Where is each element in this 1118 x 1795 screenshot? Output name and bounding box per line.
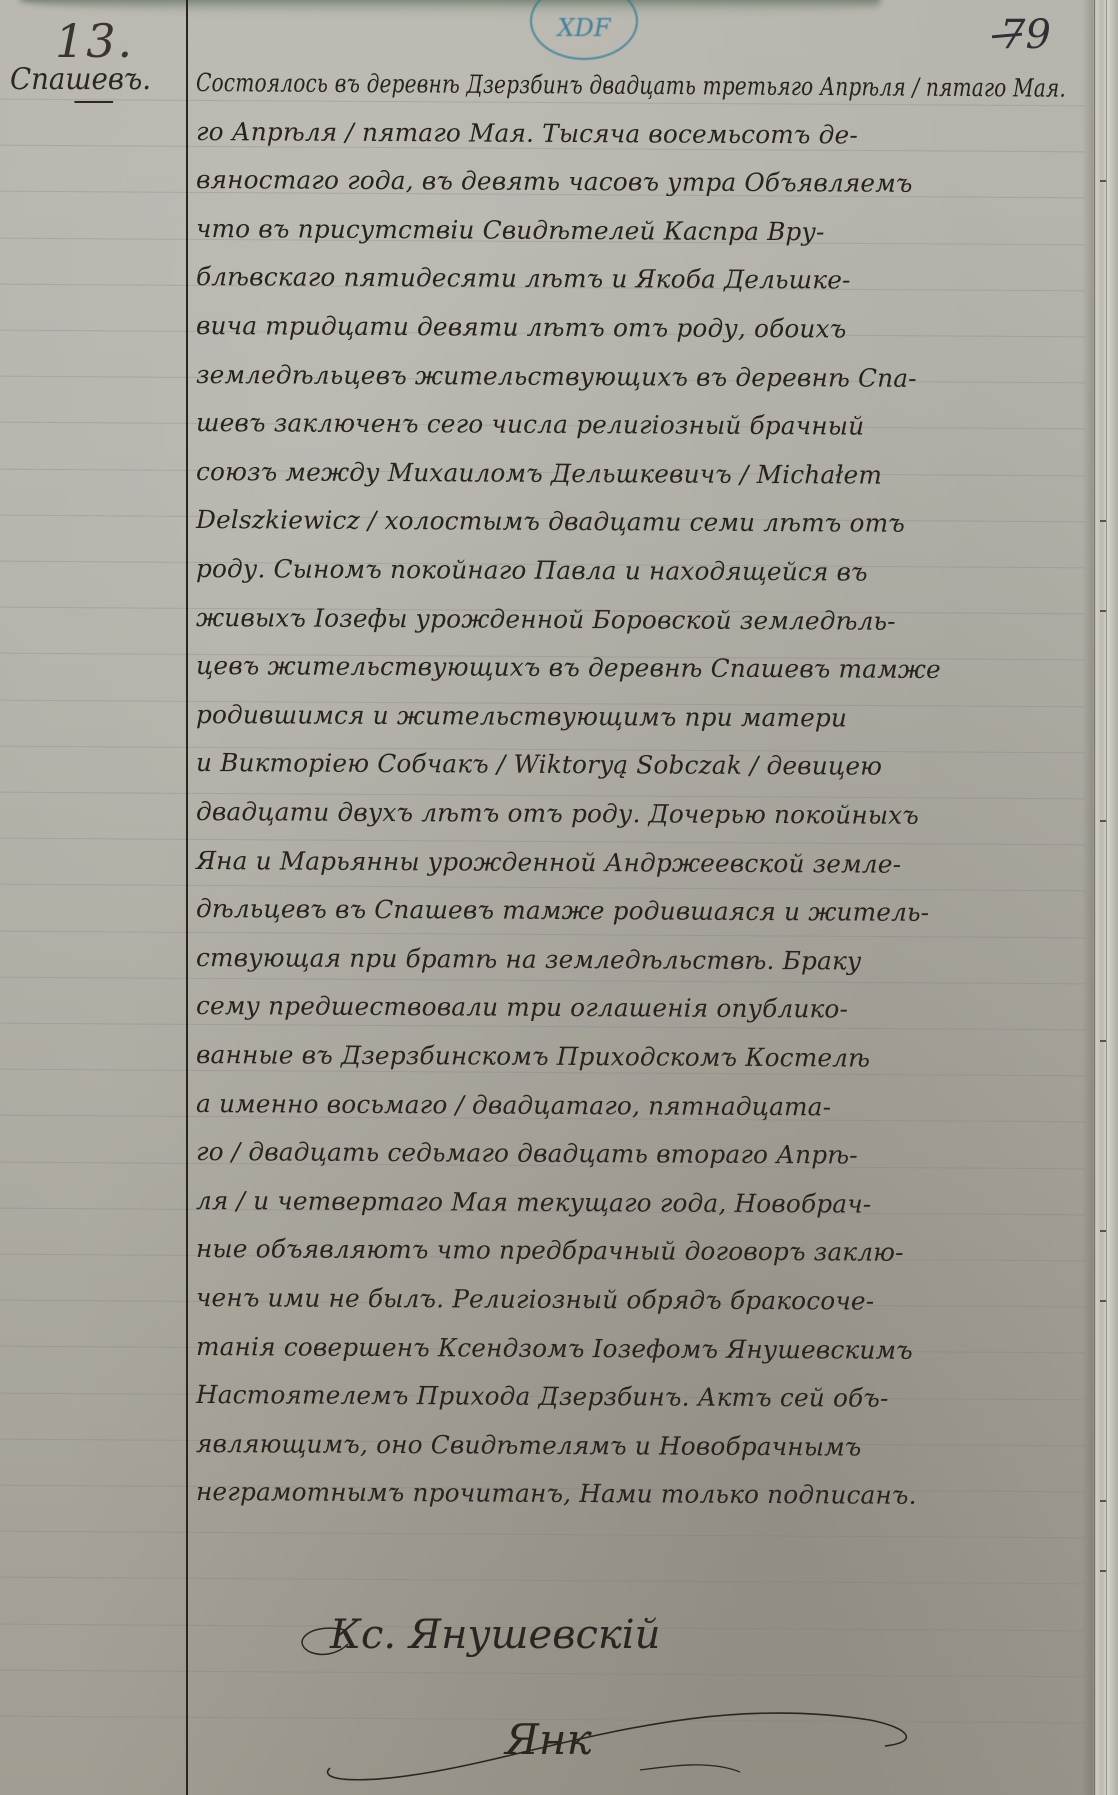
registrar-signature-text: Янк bbox=[505, 1715, 592, 1764]
record-line: земледѣльцевъ жительствующихъ въ деревнѣ… bbox=[196, 360, 1066, 394]
record-line: Состоялось въ деревнѣ Дзерзбинъ двадцать… bbox=[196, 68, 904, 102]
record-line: сему предшествовали три оглашенія опубли… bbox=[196, 991, 1066, 1025]
record-line: союзъ между Михаиломъ Дельшкевичъ / Mich… bbox=[196, 457, 1066, 491]
entry-number-text: 13. bbox=[55, 14, 134, 68]
record-line: го / двадцать седьмаго двадцать втораго … bbox=[196, 1137, 1066, 1171]
priest-signature-text: Кс. Янушевскій bbox=[330, 1612, 660, 1658]
record-line: шевъ заключенъ сего числа религіозный бр… bbox=[196, 408, 1066, 442]
margin-line bbox=[186, 0, 188, 1795]
tick-mark bbox=[1100, 1040, 1106, 1042]
entry-number: 13. bbox=[55, 14, 134, 68]
record-line: ствующая при братѣ на земледѣльствѣ. Бра… bbox=[196, 943, 1066, 977]
registry-page: 13. Спашевъ. XDF 79 Состоялось въ деревн… bbox=[0, 0, 1118, 1795]
registrar-signature: Янк bbox=[505, 1715, 592, 1764]
record-line: двадцати двухъ лѣтъ отъ роду. Дочерью по… bbox=[196, 797, 1066, 831]
record-line: что въ присутствіи Свидѣтелей Каспра Вру… bbox=[196, 214, 1066, 248]
village-underline bbox=[74, 101, 113, 103]
record-line: Настоятелемъ Прихода Дзерзбинъ. Актъ сей… bbox=[196, 1380, 1066, 1414]
record-line: а именно восьмаго / двадцатаго, пятнадца… bbox=[196, 1089, 1066, 1123]
stamp-text: XDF bbox=[558, 14, 611, 42]
tick-mark bbox=[1100, 1500, 1106, 1502]
archive-stamp: XDF bbox=[530, 0, 638, 60]
record-line: неграмотнымъ прочитанъ, Нами только подп… bbox=[196, 1477, 1066, 1511]
margin-village-name: Спашевъ. bbox=[10, 62, 151, 97]
record-line: Delszkiewicz / холостымъ двадцати семи л… bbox=[196, 505, 1066, 539]
ruled-line bbox=[0, 1531, 1085, 1539]
signature-flourish-icon bbox=[310, 1690, 930, 1790]
page-stack-edge bbox=[1082, 0, 1118, 1795]
ruled-line bbox=[0, 884, 1085, 892]
record-line: ля / и четвертаго Мая текущаго года, Нов… bbox=[196, 1186, 1066, 1220]
record-line: родившимся и жительствующимъ при матери bbox=[196, 700, 1066, 734]
record-line: цевъ жительствующихъ въ деревнѣ Спашевъ … bbox=[196, 651, 1066, 685]
record-line: дѣльцевъ въ Спашевъ тамже родившаяся и ж… bbox=[196, 894, 1066, 928]
record-line: блѣвскаго пятидесяти лѣтъ и Якоба Дельшк… bbox=[196, 262, 1066, 296]
record-line: вича тридцати девяти лѣтъ отъ роду, обои… bbox=[196, 311, 1066, 345]
record-line: го Апрѣля / пятаго Мая. Тысяча восемьсот… bbox=[196, 117, 1066, 151]
record-line: и Викторіею Собчакъ / Wiktoryą Sobczak /… bbox=[196, 748, 1066, 782]
record-line: живыхъ Іозефы урожденной Боровской земле… bbox=[196, 603, 1066, 637]
record-line: роду. Сыномъ покойнаго Павла и находящей… bbox=[196, 554, 1066, 588]
tick-mark bbox=[1100, 1230, 1106, 1232]
record-line: ченъ ими не былъ. Религіозный обрядъ бра… bbox=[196, 1283, 1066, 1317]
ruled-line bbox=[0, 838, 1085, 846]
record-line: являющимъ, оно Свидѣтелямъ и Новобрачным… bbox=[196, 1429, 1066, 1463]
record-line: вяностаго года, въ девять часовъ утра Об… bbox=[196, 165, 1066, 199]
tick-mark bbox=[1100, 1570, 1106, 1572]
tick-mark bbox=[1100, 820, 1106, 822]
priest-signature: Кс. Янушевскій bbox=[330, 1612, 660, 1658]
binding-shadow bbox=[20, 0, 880, 16]
signature-loop-icon bbox=[290, 1622, 350, 1662]
ruled-line bbox=[0, 1577, 1085, 1585]
record-line: ные объявляютъ что предбрачный договоръ … bbox=[196, 1234, 1066, 1268]
record-line: ванные въ Дзерзбинскомъ Приходскомъ Кост… bbox=[196, 1040, 1066, 1074]
tick-mark bbox=[1100, 610, 1106, 612]
tick-mark bbox=[1100, 180, 1106, 182]
ruled-line bbox=[0, 976, 1085, 984]
ruled-line bbox=[0, 930, 1085, 938]
tick-mark bbox=[1100, 520, 1106, 522]
village-name-text: Спашевъ. bbox=[10, 62, 151, 97]
tick-mark bbox=[1100, 1300, 1106, 1302]
ruled-line bbox=[0, 1669, 1085, 1677]
record-line: Яна и Марьянны урожденной Андржеевской з… bbox=[196, 846, 1066, 880]
folio-number: 79 bbox=[1000, 12, 1051, 58]
record-line: танія совершенъ Ксендзомъ Іозефомъ Януше… bbox=[196, 1332, 1066, 1366]
